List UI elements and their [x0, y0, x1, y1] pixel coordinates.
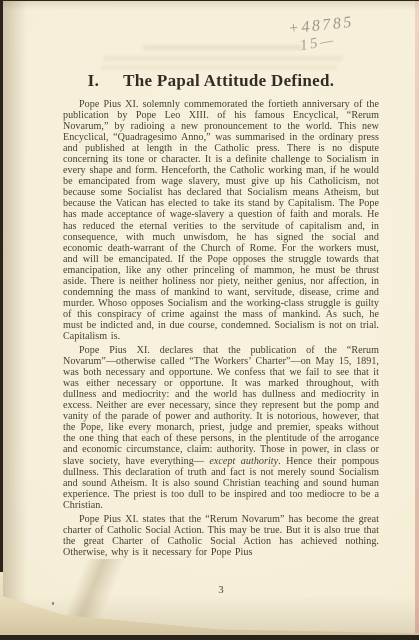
body-text: Pope Pius XI. solemnly commemorated the …: [63, 99, 379, 561]
handwritten-annotation: +48785 15—: [287, 14, 356, 55]
page-number: 3: [63, 585, 379, 596]
paragraph-2: Pope Pius XI. declares that the publicat…: [63, 345, 379, 511]
paragraph-3: Pope Pius XI. states that the “Rerum Nov…: [63, 514, 379, 558]
chapter-title-text: The Papal Attitude Defined.: [123, 71, 334, 90]
paragraph-2-text: Pope Pius XI. declares that the publicat…: [63, 345, 379, 466]
paragraph-1: Pope Pius XI. solemnly commemorated the …: [63, 99, 379, 342]
show-through-ghost: [103, 56, 343, 61]
chapter-numeral: I.: [88, 71, 99, 90]
show-through-ghost: [143, 45, 303, 50]
ink-speck: [52, 602, 54, 605]
chapter-title: I.The Papal Attitude Defined.: [3, 71, 419, 91]
show-through-ghost: [101, 65, 337, 70]
book-page: +48785 15— I.The Papal Attitude Defined.…: [3, 1, 419, 637]
paragraph-2-italic-phrase: except authority: [209, 456, 278, 467]
scan-edge-tint: [415, 1, 419, 637]
